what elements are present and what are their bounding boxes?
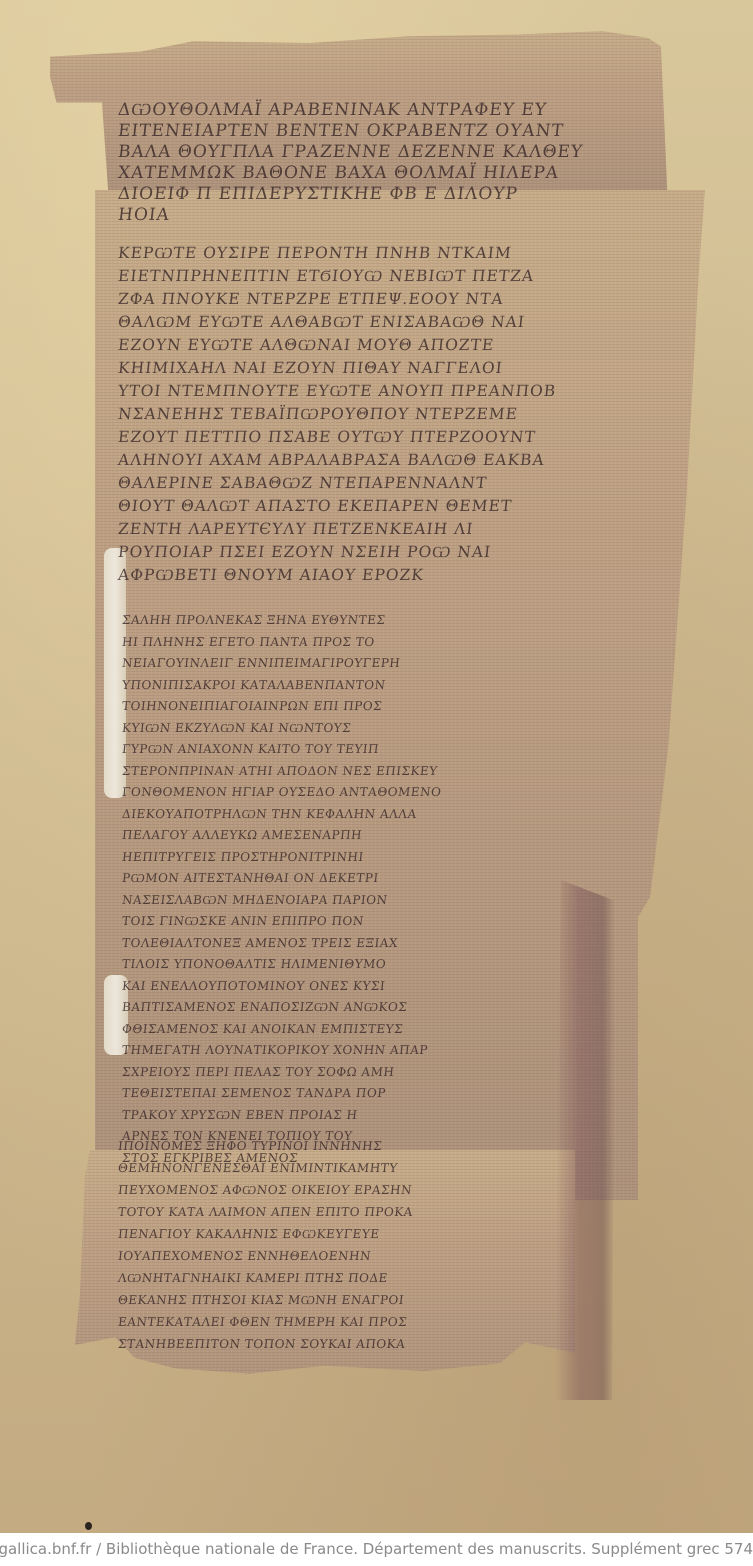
manuscript-line: ΖΕΝΤΗ ΛΑΡΕΥΤЄΥΛΥ ΠΕΤΖΕΝΚΕΑΙΗ ΛΙ — [117, 518, 558, 541]
manuscript-line: ΦΘΙΣΑΜΕΝΟΣ ΚΑΙ ΑΝΟΙΚΑΝ ΕΜΠΙΣΤΕΥΣ — [121, 1019, 443, 1041]
manuscript-line: ΘΑΛѠΜ ΕΥѠΤΕ ΑΛΘΑΒѠΤ ΕΝΙΣΑΒΑѠΘ ΝΑΙ — [117, 311, 558, 334]
manuscript-section-4: ΙΠΟΙΝΟΜΕΣ ΞΗΦΟ ΤΥΡΙΝΟΙ ΙΝΝΗΝΗΣ ΘΕΜΗΝΟΝΓΕ… — [118, 1135, 413, 1355]
manuscript-line: ΣΤΑΝΗΒΕΕΠΙΤΟΝ ΤΟΠΟΝ ΣΟΥΚΑΙ ΑΠΟΚΑ — [117, 1333, 414, 1355]
manuscript-line: ΤΗΜΕΓΑΤΗ ΛΟΥΝΑΤΙΚΟΡΙΚΟΥ ΧΟΝΗΝ ΑΠΑΡ — [121, 1040, 443, 1062]
manuscript-line: ΚΥΙѠΝ ΕΚΖΥΛѠΝ ΚΑΙ ΝѠΝΤΟΥΣ — [121, 718, 443, 740]
manuscript-line: ΒΑΠΤΙΣΑΜΕΝΟΣ ΕΝΑΠΟΣΙΖѠΝ ΑΝѠΚΟΣ — [121, 997, 443, 1019]
manuscript-line: ΤΟΙΗΝΟΝΕΙΠΙΑΓΟΙΑΙΝΡΩΝ ΕΠΙ ΠΡΟΣ — [121, 696, 443, 718]
manuscript-line: ΤΟΙΣ ΓΙΝѠΣΚΕ ΑΝΙΝ ΕΠΙΠΡΟ ΠΟΝ — [121, 911, 443, 933]
manuscript-line: ΚΗΙΜΙΧΑΗΛ ΝΑΙ ΕΖΟΥΝ ΠΙΘΑΥ ΝΑΓΓΕΛΟΙ — [117, 357, 558, 380]
manuscript-line: ΑΦΡѠΒΕΤΙ ΘΝΟΥΜ ΑΙΑΟΥ ΕΡΟΖΚ — [117, 564, 558, 587]
manuscript-line: ΥΠΟΝΙΠΙΣΑΚΡΟΙ ΚΑΤΑΛΑΒΕΝΠΑΝΤΟΝ — [121, 675, 443, 697]
manuscript-line: ΡѠΜΟΝ ΑΙΤΕΣΤΑΝΗΘΑΙ ΟΝ ΔΕΚΕΤΡΙ — [121, 868, 443, 890]
manuscript-line: ΕΙΕΤΝΠΡΗΝΕΠΤΙΝ ΕΤϬΙΟΥѠ ΝΕΒΙѠΤ ΠΕΤΖΑ — [117, 265, 558, 288]
manuscript-line: ΥΤΟΙ ΝΤΕΜΠΝΟΥΤΕ ΕΥѠΤΕ ΑΝΟΥΠ ΠΡΕΑΝΠΟΒ — [117, 380, 558, 403]
manuscript-line: ΣΤΕΡΟΝΠΡΙΝΑΝ ΑΤΗΙ ΑΠΟΔΟΝ ΝΕΣ ΕΠΙΣΚΕΥ — [121, 761, 443, 783]
manuscript-line: ΒΑΛΑ ΘΟΥΓΠΛΑ ΓΡΑΖΕΝΝΕ ΔΕΖΕΝΝΕ ΚΑΛΘΕΥ — [117, 142, 584, 163]
manuscript-line: ΣΑΛΗΗ ΠΡΟΛΝΕΚΑΣ ΞΗΝΑ ΕΥΘΥΝΤΕΣ — [121, 610, 443, 632]
manuscript-line: ΧΑΤΕΜΜΩΚ ΒΑΘΟΝΕ ΒΑΧΑ ΘΟΛΜΑΪ ΗΙΛΕΡΑ — [117, 163, 584, 184]
manuscript-line: ΕΖΟΥΝ ΕΥѠΤΕ ΑΛΘѠΝΑΙ ΜΟΥΘ ΑΠΟΖΤΕ — [117, 334, 558, 357]
manuscript-line: ΤΟΤΟΥ ΚΑΤΑ ΛΑΙΜΟΝ ΑΠΕΝ ΕΠΙΤΟ ΠΡΟΚΑ — [117, 1201, 414, 1223]
manuscript-line: ΓΟΝΘΟΜΕΝΟΝ ΗΓΙΑΡ ΟΥΣΕΔΟ ΑΝΤΑΘΟΜΕΝΟ — [121, 782, 443, 804]
manuscript-section-1: ΔѠΟΥΘΟΛΜΑΪ ΑΡΑΒΕΝΙΝΑΚ ΑΝΤΡΑΦΕΥ ΕΥ ΕΙΤΕΝΕ… — [118, 100, 583, 226]
manuscript-line: ΤΡΑΚΟΥ ΧΡΥΣѠΝ ΕΒΕΝ ΠΡΟΙΑΣ Η — [121, 1105, 443, 1127]
manuscript-line: ΝΣΑΝΕΗΗΣ ΤΕΒΑΪΠѠΡΟΥΘΠΟΥ ΝΤΕΡΖΕΜΕ — [117, 403, 558, 426]
caption-text: gallica.bnf.fr / Bibliothèque nationale … — [0, 1533, 753, 1566]
manuscript-line: ΝΕΙΑΓΟΥΙΝΛΕΙΓ ΕΝΝΙΠΕΙΜΑΓΙΡΟΥΓΕΡΗ — [121, 653, 443, 675]
manuscript-line: ΣΧΡΕΙΟΥΣ ΠΕΡΙ ΠΕΛΑΣ ΤΟΥ ΣΟΦΩ ΑΜΗ — [121, 1062, 443, 1084]
manuscript-line: ΘΙΟΥΤ ΘΑΛѠΤ ΑΠΑΣΤΟ ΕΚΕΠΑΡΕΝ ΘΕΜΕΤ — [117, 495, 558, 518]
manuscript-line: ΕΙΤΕΝΕΙΑΡΤΕΝ ΒΕΝΤΕΝ ΟΚΡΑΒΕΝΤΖ ΟΥΑΝΤ — [117, 121, 584, 142]
manuscript-line: ΤΕΘΕΙΣΤΕΠΑΙ ΣΕΜΕΝΟΣ ΤΑΝΔΡΑ ΠΟΡ — [121, 1083, 443, 1105]
manuscript-line: ΚΕΡѠΤΕ ΟΥΣΙΡΕ ΠΕΡΟΝΤΗ ΠΝΗΒ ΝΤΚΑΙΜ — [117, 242, 558, 265]
manuscript-line: ΚΑΙ ΕΝΕΛΛΟΥΠΟΤΟΜΙΝΟΥ ΟΝΕΣ ΚΥΣΙ — [121, 976, 443, 998]
manuscript-line: ΛѠΝΗΤΑΓΝΗΑΙΚΙ ΚΑΜΕΡΙ ΠΤΗΣ ΠΟΔΕ — [117, 1267, 414, 1289]
manuscript-line: ΗΟΙΑ — [117, 205, 584, 226]
papyrus-stained-strip — [555, 880, 615, 1400]
manuscript-line: ΡΟΥΠΟΙΑΡ ΠΣΕΙ ΕΖΟΥΝ ΝΣΕΙΗ ΡΟѠ ΝΑΙ — [117, 541, 558, 564]
manuscript-line: ΙΠΟΙΝΟΜΕΣ ΞΗΦΟ ΤΥΡΙΝΟΙ ΙΝΝΗΝΗΣ — [117, 1135, 414, 1157]
manuscript-line: ΠΕΝΑΓΙΟΥ ΚΑΚΑΛΗΝΙΣ ΕΦѠΚΕΥΓΕΥΕ — [117, 1223, 414, 1245]
manuscript-line: ΗΙ ΠΛΗΝΗΣ ΕΓΕΤΟ ΠΑΝΤΑ ΠΡΟΣ ΤΟ — [121, 632, 443, 654]
manuscript-line: ΙΟΥΑΠΕΧΟΜΕΝΟΣ ΕΝΝΗΘΕΛΟΕΝΗΝ — [117, 1245, 414, 1267]
manuscript-line: ΑΛΗΝΟΥΙ ΑΧΑΜ ΑΒΡΑΛΑΒΡΑΣΑ ΒΑΛѠΘ ΕΑΚΒΑ — [117, 449, 558, 472]
manuscript-line: ΝΑΣΕΙΣΛΑΒѠΝ ΜΗΔΕΝΟΙΑΡΑ ΠΑΡΙΟΝ — [121, 890, 443, 912]
manuscript-line: ΘΑΛΕΡΙΝΕ ΣΑΒΑΘѠΖ ΝΤΕΠΑΡΕΝΝΑΛΝΤ — [117, 472, 558, 495]
ink-spot — [85, 1522, 92, 1530]
manuscript-line: ΓΥΡѠΝ ΑΝΙΑΧΟΝΝ ΚΑΙΤΟ ΤΟΥ ΤΕΥΙΠ — [121, 739, 443, 761]
manuscript-section-2: ΚΕΡѠΤΕ ΟΥΣΙΡΕ ΠΕΡΟΝΤΗ ΠΝΗΒ ΝΤΚΑΙΜ ΕΙΕΤΝΠ… — [118, 242, 556, 587]
manuscript-line: ΘΕΚΑΝΗΣ ΠΤΗΣΟΙ ΚΙΑΣ ΜѠΝΗ ΕΝΑΓΡΟΙ — [117, 1289, 414, 1311]
manuscript-line: ΔΙΟΕΙΦ Π ΕΠΙΔΕΡΥΣΤΙΚΗΕ ΦΒ Ε ΔΙΛΟΥΡ — [117, 184, 584, 205]
manuscript-line: ΕΖΟΥΤ ΠΕΤΤΠΟ ΠΣΑΒΕ ΟΥΤѠΥ ΠΤΕΡΖΟΟΥΝΤ — [117, 426, 558, 449]
manuscript-line: ΗΕΠΙΤΡΥΓΕΙΣ ΠΡΟΣΤΗΡΟΝΙΤΡΙΝΗΙ — [121, 847, 443, 869]
manuscript-line: ΠΕΥΧΟΜΕΝΟΣ ΑΦѠΝΟΣ ΟΙΚΕΙΟΥ ΕΡΑΣΗΝ — [117, 1179, 414, 1201]
manuscript-line: ΤΙΛΟΙΣ ΥΠΟΝΟΘΑΛΤΙΣ ΗΛΙΜΕΝΙΘΥΜΟ — [121, 954, 443, 976]
manuscript-line: ΖΦΑ ΠΝΟΥΚΕ ΝΤΕΡΖΡΕ ΕΤΠΕΨ.ΕΟΟΥ ΝΤΑ — [117, 288, 558, 311]
manuscript-line: ΠΕΛΑΓΟΥ ΑΛΛΕΥΚΩ ΑΜΕΣΕΝΑΡΠΗ — [121, 825, 443, 847]
manuscript-line: ΘΕΜΗΝΟΝΓΕΝΕΣΘΑΙ ΕΝΙΜΙΝΤΙΚΑΜΗΤΥ — [117, 1157, 414, 1179]
manuscript-line: ΔΙΕΚΟΥΑΠΟΤΡΗΛѠΝ ΤΗΝ ΚΕΦΑΛΗΝ ΑΛΛΑ — [121, 804, 443, 826]
manuscript-line: ΤΟΛΕΘΙΑΛΤΟΝΕΞ ΑΜΕΝΟΣ ΤΡΕΙΣ ΕΞΙΑΧ — [121, 933, 443, 955]
manuscript-line: ΕΑΝΤΕΚΑΤΑΛΕΙ ΦΘΕΝ ΤΗΜΕΡΗ ΚΑΙ ΠΡΟΣ — [117, 1311, 414, 1333]
manuscript-line: ΔѠΟΥΘΟΛΜΑΪ ΑΡΑΒΕΝΙΝΑΚ ΑΝΤΡΑΦΕΥ ΕΥ — [117, 100, 584, 121]
manuscript-section-3: ΣΑΛΗΗ ΠΡΟΛΝΕΚΑΣ ΞΗΝΑ ΕΥΘΥΝΤΕΣ ΗΙ ΠΛΗΝΗΣ … — [122, 610, 441, 1169]
attribution-caption: gallica.bnf.fr / Bibliothèque nationale … — [0, 1533, 753, 1566]
